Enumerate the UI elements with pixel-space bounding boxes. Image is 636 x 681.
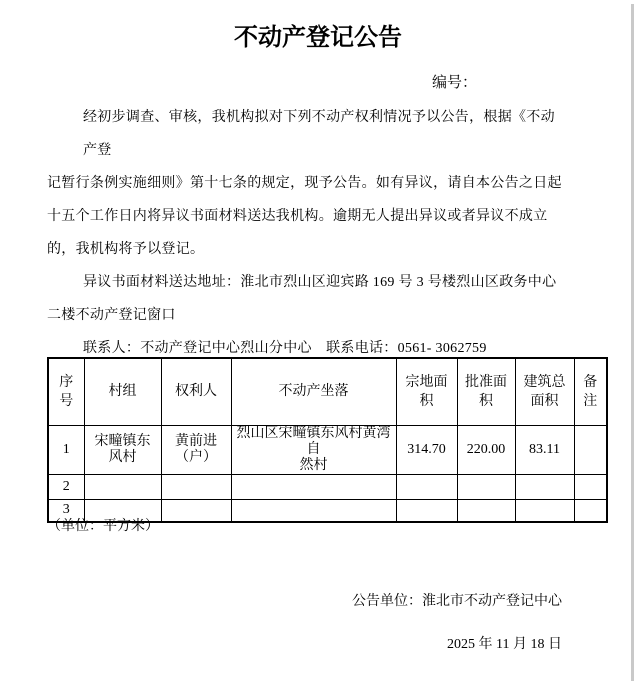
table-row: 1 宋疃镇东 风村 黄前进 （户） 烈山区宋疃镇东风村黄湾自 然村 314.70… xyxy=(48,425,607,474)
paragraph-line: 十五个工作日内将异议书面材料送达我机构。逾期无人提出异议或者异议不成立 xyxy=(47,200,569,233)
table-cell-holder: 黄前进 （户） xyxy=(161,425,231,474)
table-cell-parcel-area xyxy=(396,474,457,499)
table-cell-approved-area: 220.00 xyxy=(457,425,515,474)
table-header-cell-location: 不动产坐落 xyxy=(231,358,396,425)
table-cell-approved-area xyxy=(457,499,515,522)
table-cell-approved-area xyxy=(457,474,515,499)
table-cell-seq: 2 xyxy=(48,474,84,499)
table-header-cell-building-area: 建筑总 面积 xyxy=(515,358,574,425)
table-row: 2 xyxy=(48,474,607,499)
serial-number-label: 编号： xyxy=(432,72,477,94)
table-cell-building-area xyxy=(515,474,574,499)
table-cell-holder xyxy=(161,499,231,522)
table-header-cell-parcel-area: 宗地面 积 xyxy=(396,358,457,425)
table-header-cell-approved-area: 批准面 积 xyxy=(457,358,515,425)
table-cell-building-area xyxy=(515,499,574,522)
table-cell-parcel-area: 314.70 xyxy=(396,425,457,474)
table-cell-seq: 1 xyxy=(48,425,84,474)
page-title: 不动产登记公告 xyxy=(0,22,636,54)
table-cell-location xyxy=(231,474,396,499)
window-edge-divider xyxy=(631,4,634,681)
unit-note: （单位：平方米） xyxy=(47,517,159,537)
announcement-table: 序 号 村组 权利人 不动产坐落 宗地面 积 批准面 积 建筑总 面积 备 注 … xyxy=(47,357,608,523)
table-cell-parcel-area xyxy=(396,499,457,522)
table-cell-village xyxy=(84,474,161,499)
date-line: 2025 年 11 月 18 日 xyxy=(447,635,562,655)
paragraph-line: 异议书面材料送达地址：淮北市烈山区迎宾路 169 号 3 号楼烈山区政务中心 xyxy=(47,266,569,299)
table-cell-village: 宋疃镇东 风村 xyxy=(84,425,161,474)
table-header-cell-remarks: 备 注 xyxy=(574,358,607,425)
paragraph-line: 记暂行条例实施细则》第十七条的规定，现予公告。如有异议，请自本公告之日起 xyxy=(47,167,569,200)
table-header-cell-village: 村组 xyxy=(84,358,161,425)
table-cell-location xyxy=(231,499,396,522)
table-cell-holder xyxy=(161,474,231,499)
announcement-body: 经初步调查、审核，我机构拟对下列不动产权利情况予以公告，根据《不动产登 记暂行条… xyxy=(47,101,569,365)
table-cell-remarks xyxy=(574,474,607,499)
table-header-cell-seq: 序 号 xyxy=(48,358,84,425)
paragraph-line: 的，我机构将予以登记。 xyxy=(47,233,569,266)
table-cell-location: 烈山区宋疃镇东风村黄湾自 然村 xyxy=(231,425,396,474)
table-header-row: 序 号 村组 权利人 不动产坐落 宗地面 积 批准面 积 建筑总 面积 备 注 xyxy=(48,358,607,425)
issuer-line: 公告单位：淮北市不动产登记中心 xyxy=(352,592,562,612)
paragraph-line: 二楼不动产登记窗口 xyxy=(47,299,569,332)
announcement-document-page: 不动产登记公告 编号： 经初步调查、审核，我机构拟对下列不动产权利情况予以公告，… xyxy=(0,0,636,681)
table-header-cell-holder: 权利人 xyxy=(161,358,231,425)
table-cell-remarks xyxy=(574,425,607,474)
table-cell-building-area: 83.11 xyxy=(515,425,574,474)
paragraph-line: 经初步调查、审核，我机构拟对下列不动产权利情况予以公告，根据《不动产登 xyxy=(47,101,569,167)
table-cell-remarks xyxy=(574,499,607,522)
